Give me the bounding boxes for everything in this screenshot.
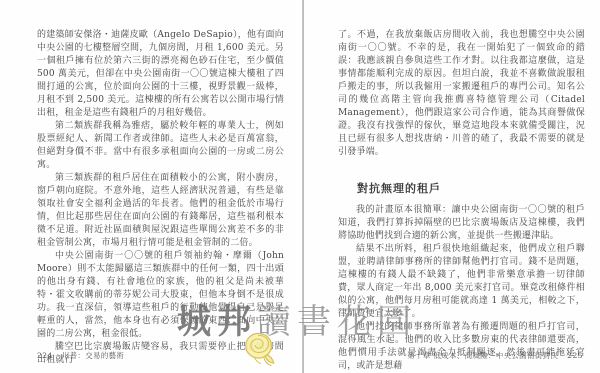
paragraph: 第二類族群我稱為雅痞，屬於較年輕的專業人士，例如股票經紀人、新聞工作者或律師。這… bbox=[37, 120, 284, 172]
book-spread: 的建築師安傑洛・迪薩皮歐（Angelo DeSapio），他有面向中央公園的七樓… bbox=[0, 0, 600, 373]
paragraph: 了。不過，在我放棄飯店房間收入前，我也想騰空中央公園南街一〇〇號。不幸的是，我在… bbox=[338, 29, 585, 159]
left-page-footer: 224川普：交易的藝術 bbox=[37, 351, 124, 360]
paragraph: 的建築師安傑洛・迪薩皮歐（Angelo DeSapio），他有面向中央公園的七樓… bbox=[37, 29, 284, 120]
section-heading: 對抗無理的租戶 bbox=[357, 182, 585, 195]
paragraph: 結果不出所料，租戶很快地組織起來，他們成立租戶聯盟，並聘請律師事務所的律師幫他們… bbox=[338, 243, 585, 321]
paragraph: 他們找的律師事務所靠著為有搬遷問題的租戶打官司，混得風生水起。他們的收入比多數房… bbox=[338, 321, 585, 373]
right-page-footer: 第十章 低成本、高風險：中央公園南街對決225 bbox=[407, 351, 583, 360]
paragraph: 第三類族群的租戶居住在面積較小的公寓，附小廚房，窗戶朝向庭院。不意外地，這些人經… bbox=[37, 172, 284, 250]
page-number-left: 224 bbox=[37, 351, 53, 360]
chapter-title: 第十章 低成本、高風險：中央公園南街對決 bbox=[407, 351, 558, 360]
paragraph: 中央公園南街一〇〇號的租戶領袖約翰・摩爾（John Moore）則不太能歸屬這三… bbox=[37, 250, 284, 341]
paragraph: 我的計畫原本很簡單：讓中央公園南街一〇〇號的租戶知道，我們打算拆掉隔壁的巴比宗廣… bbox=[338, 204, 585, 243]
page-gutter-divider bbox=[302, 0, 304, 373]
right-page: 了。不過，在我放棄飯店房間收入前，我也想騰空中央公園南街一〇〇號。不幸的是，我在… bbox=[338, 29, 585, 373]
left-page: 的建築師安傑洛・迪薩皮歐（Angelo DeSapio），他有面向中央公園的七樓… bbox=[37, 29, 284, 367]
book-title: 川普：交易的藝術 bbox=[62, 351, 124, 360]
page-number-right: 225 bbox=[567, 351, 583, 360]
